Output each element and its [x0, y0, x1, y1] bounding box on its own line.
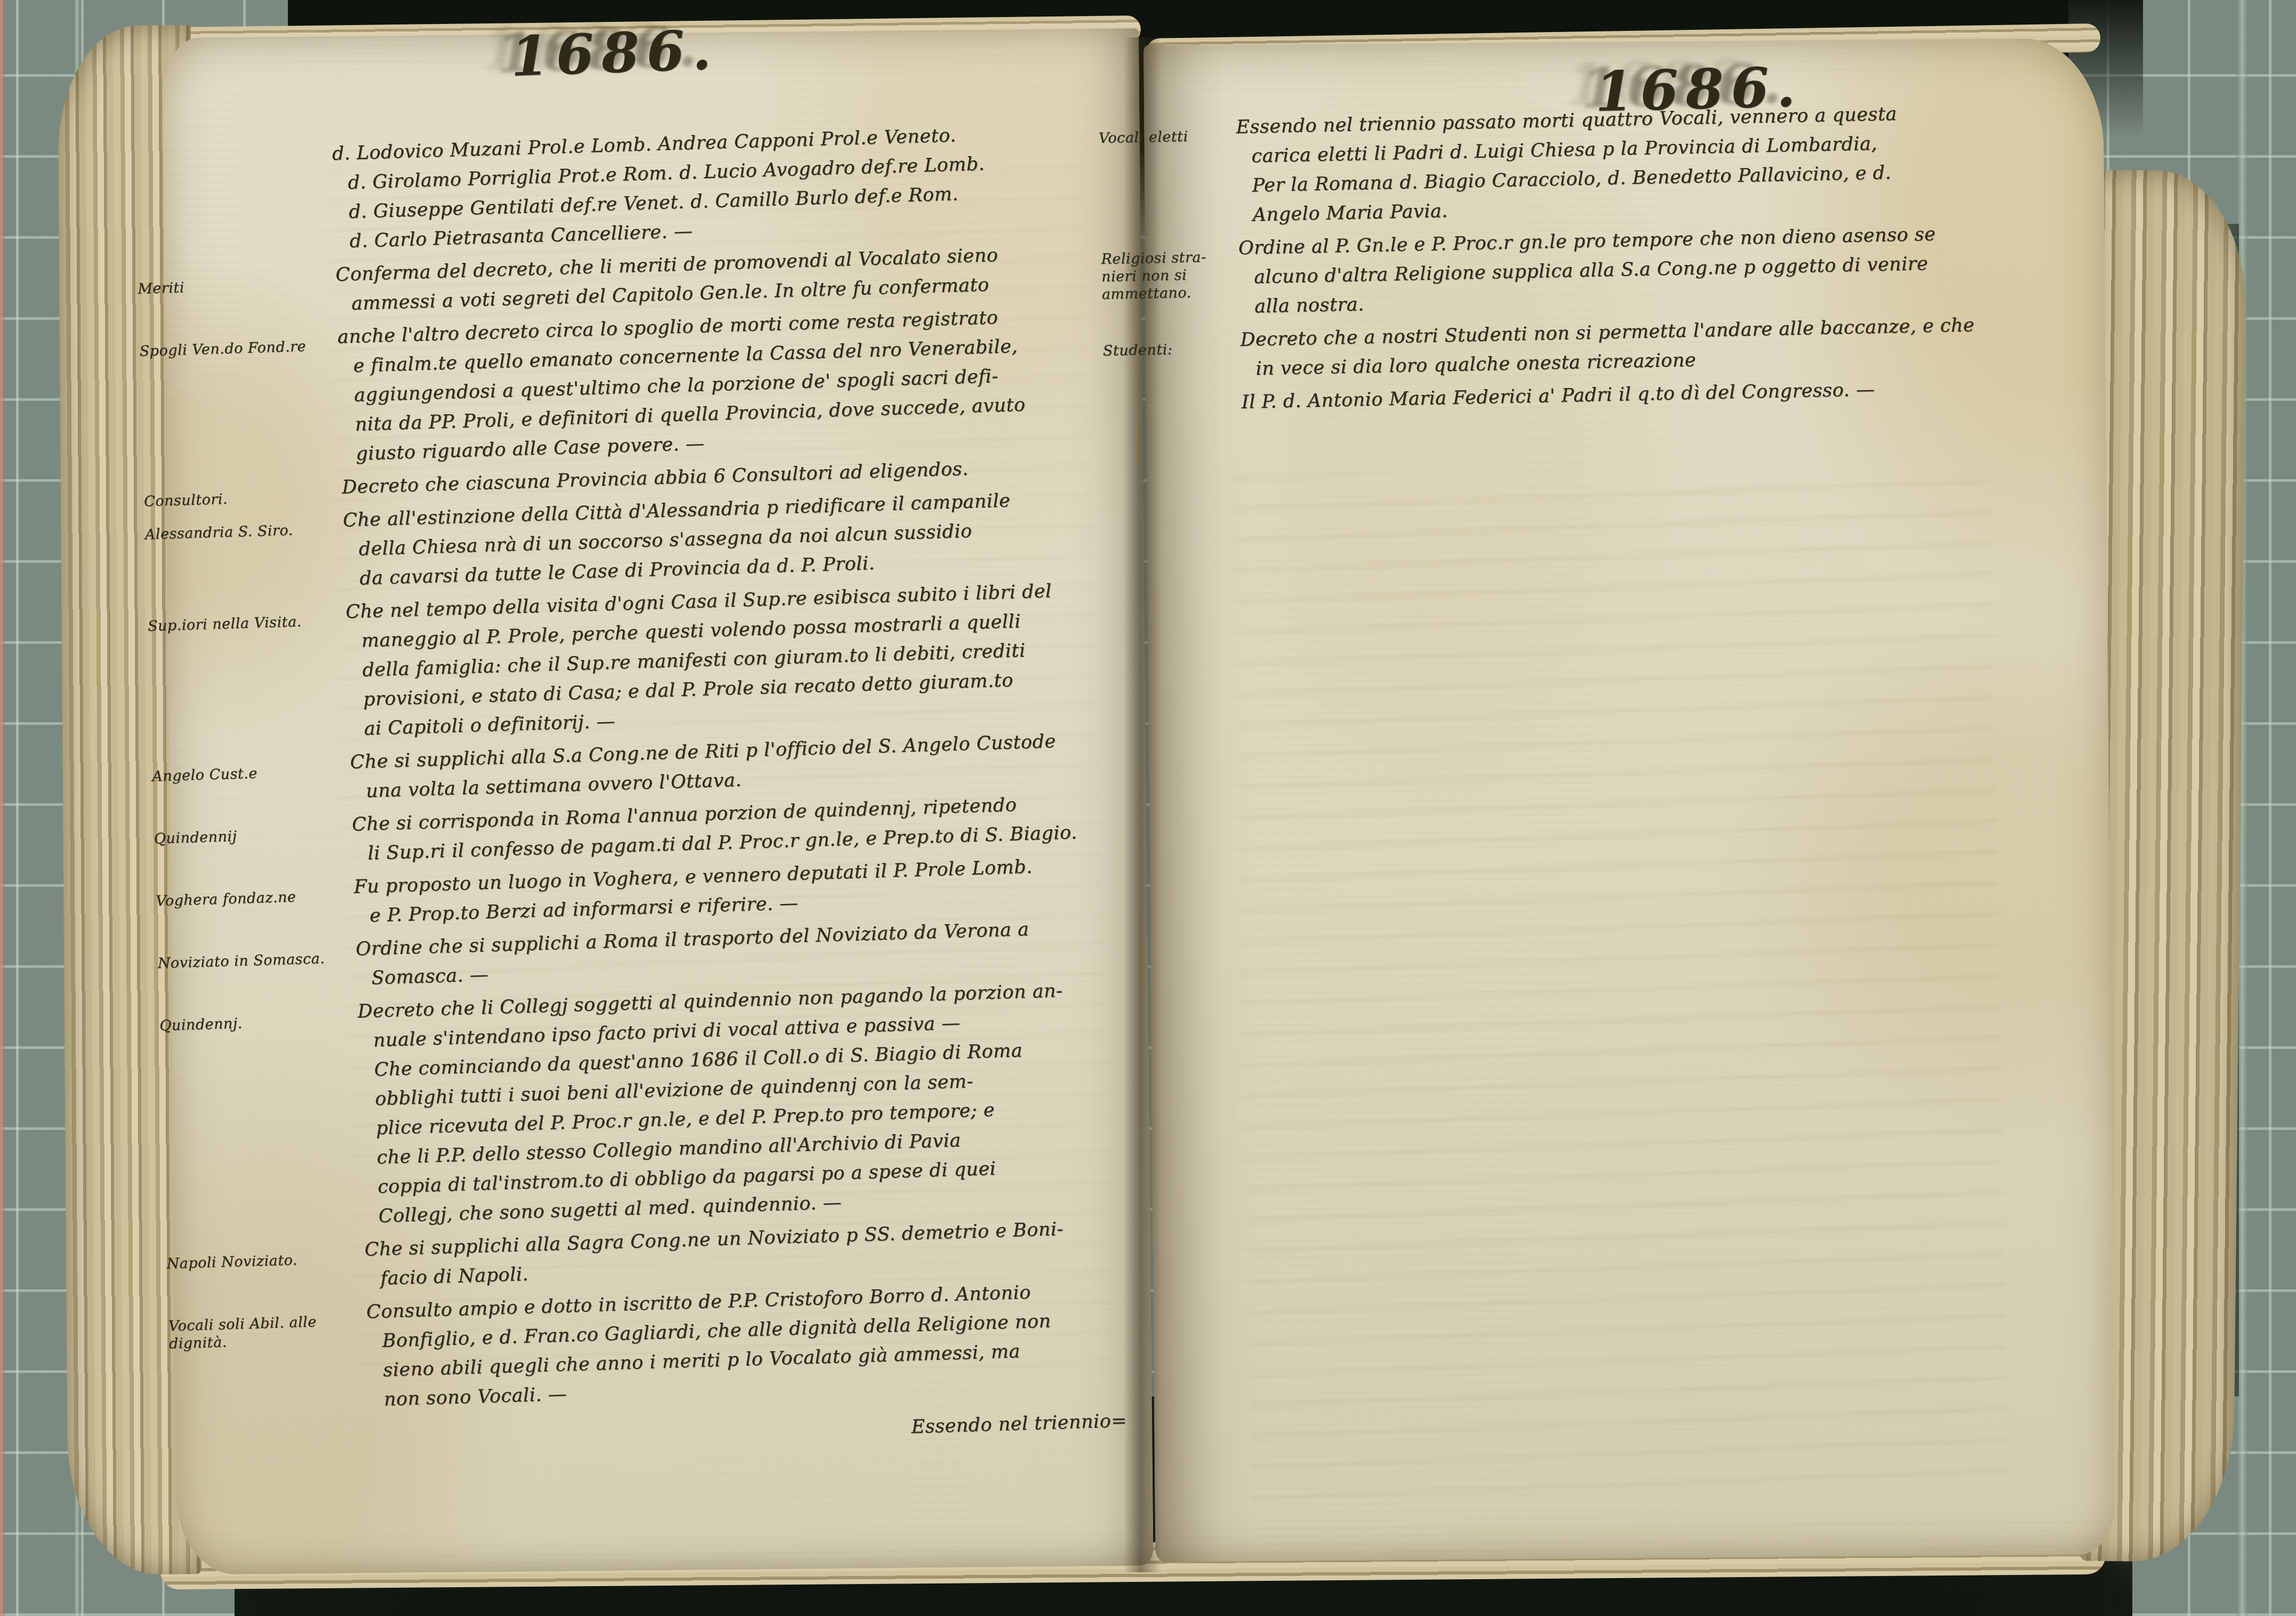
manuscript-entry: Vocali elettiEssendo nel triennio passat…	[1236, 97, 2027, 230]
manuscript-entry: d. Lodovico Muzani Prol.e Lomb. Andrea C…	[332, 116, 1129, 257]
manuscript-entry: Studenti:Decreto che a nostri Studenti n…	[1240, 310, 2030, 384]
left-page-text-column: d. Lodovico Muzani Prol.e Lomb. Andrea C…	[332, 116, 1165, 1458]
manuscript-entry: Spogli Ven.do Fond.reanche l'altro decre…	[337, 300, 1135, 470]
manuscript-photo: 1686. 1686. d. Lodovico Muzani Prol.e Lo…	[0, 0, 2296, 1616]
margin-note: Studenti:	[1103, 340, 1230, 360]
margin-note: Religiosi stra- nieri non si ammettano.	[1101, 248, 1229, 303]
manuscript-entry: Quindennj.Decreto che li Collegj soggett…	[357, 974, 1158, 1232]
manuscript-entry: Vocali soli Abil. alle dignità.Consulto …	[366, 1274, 1163, 1415]
left-page-year-heading: 1686.	[510, 18, 719, 89]
glass-edge-line-left	[16, 0, 19, 1616]
margin-note: Vocali eletti	[1099, 127, 1226, 147]
scan-edge-red-strip	[0, 0, 4, 1616]
margin-note: Vocali soli Abil. alle dignità.	[168, 1312, 357, 1353]
show-through-right-page	[1232, 462, 2009, 1500]
manuscript-entry: Religiosi stra- nieri non si ammettano.O…	[1238, 218, 2029, 322]
manuscript-entry: Sup.iori nella Visita.Che nel tempo dell…	[345, 574, 1144, 744]
right-page-text-column: Vocali elettiEssendo nel triennio passat…	[1236, 97, 2031, 421]
